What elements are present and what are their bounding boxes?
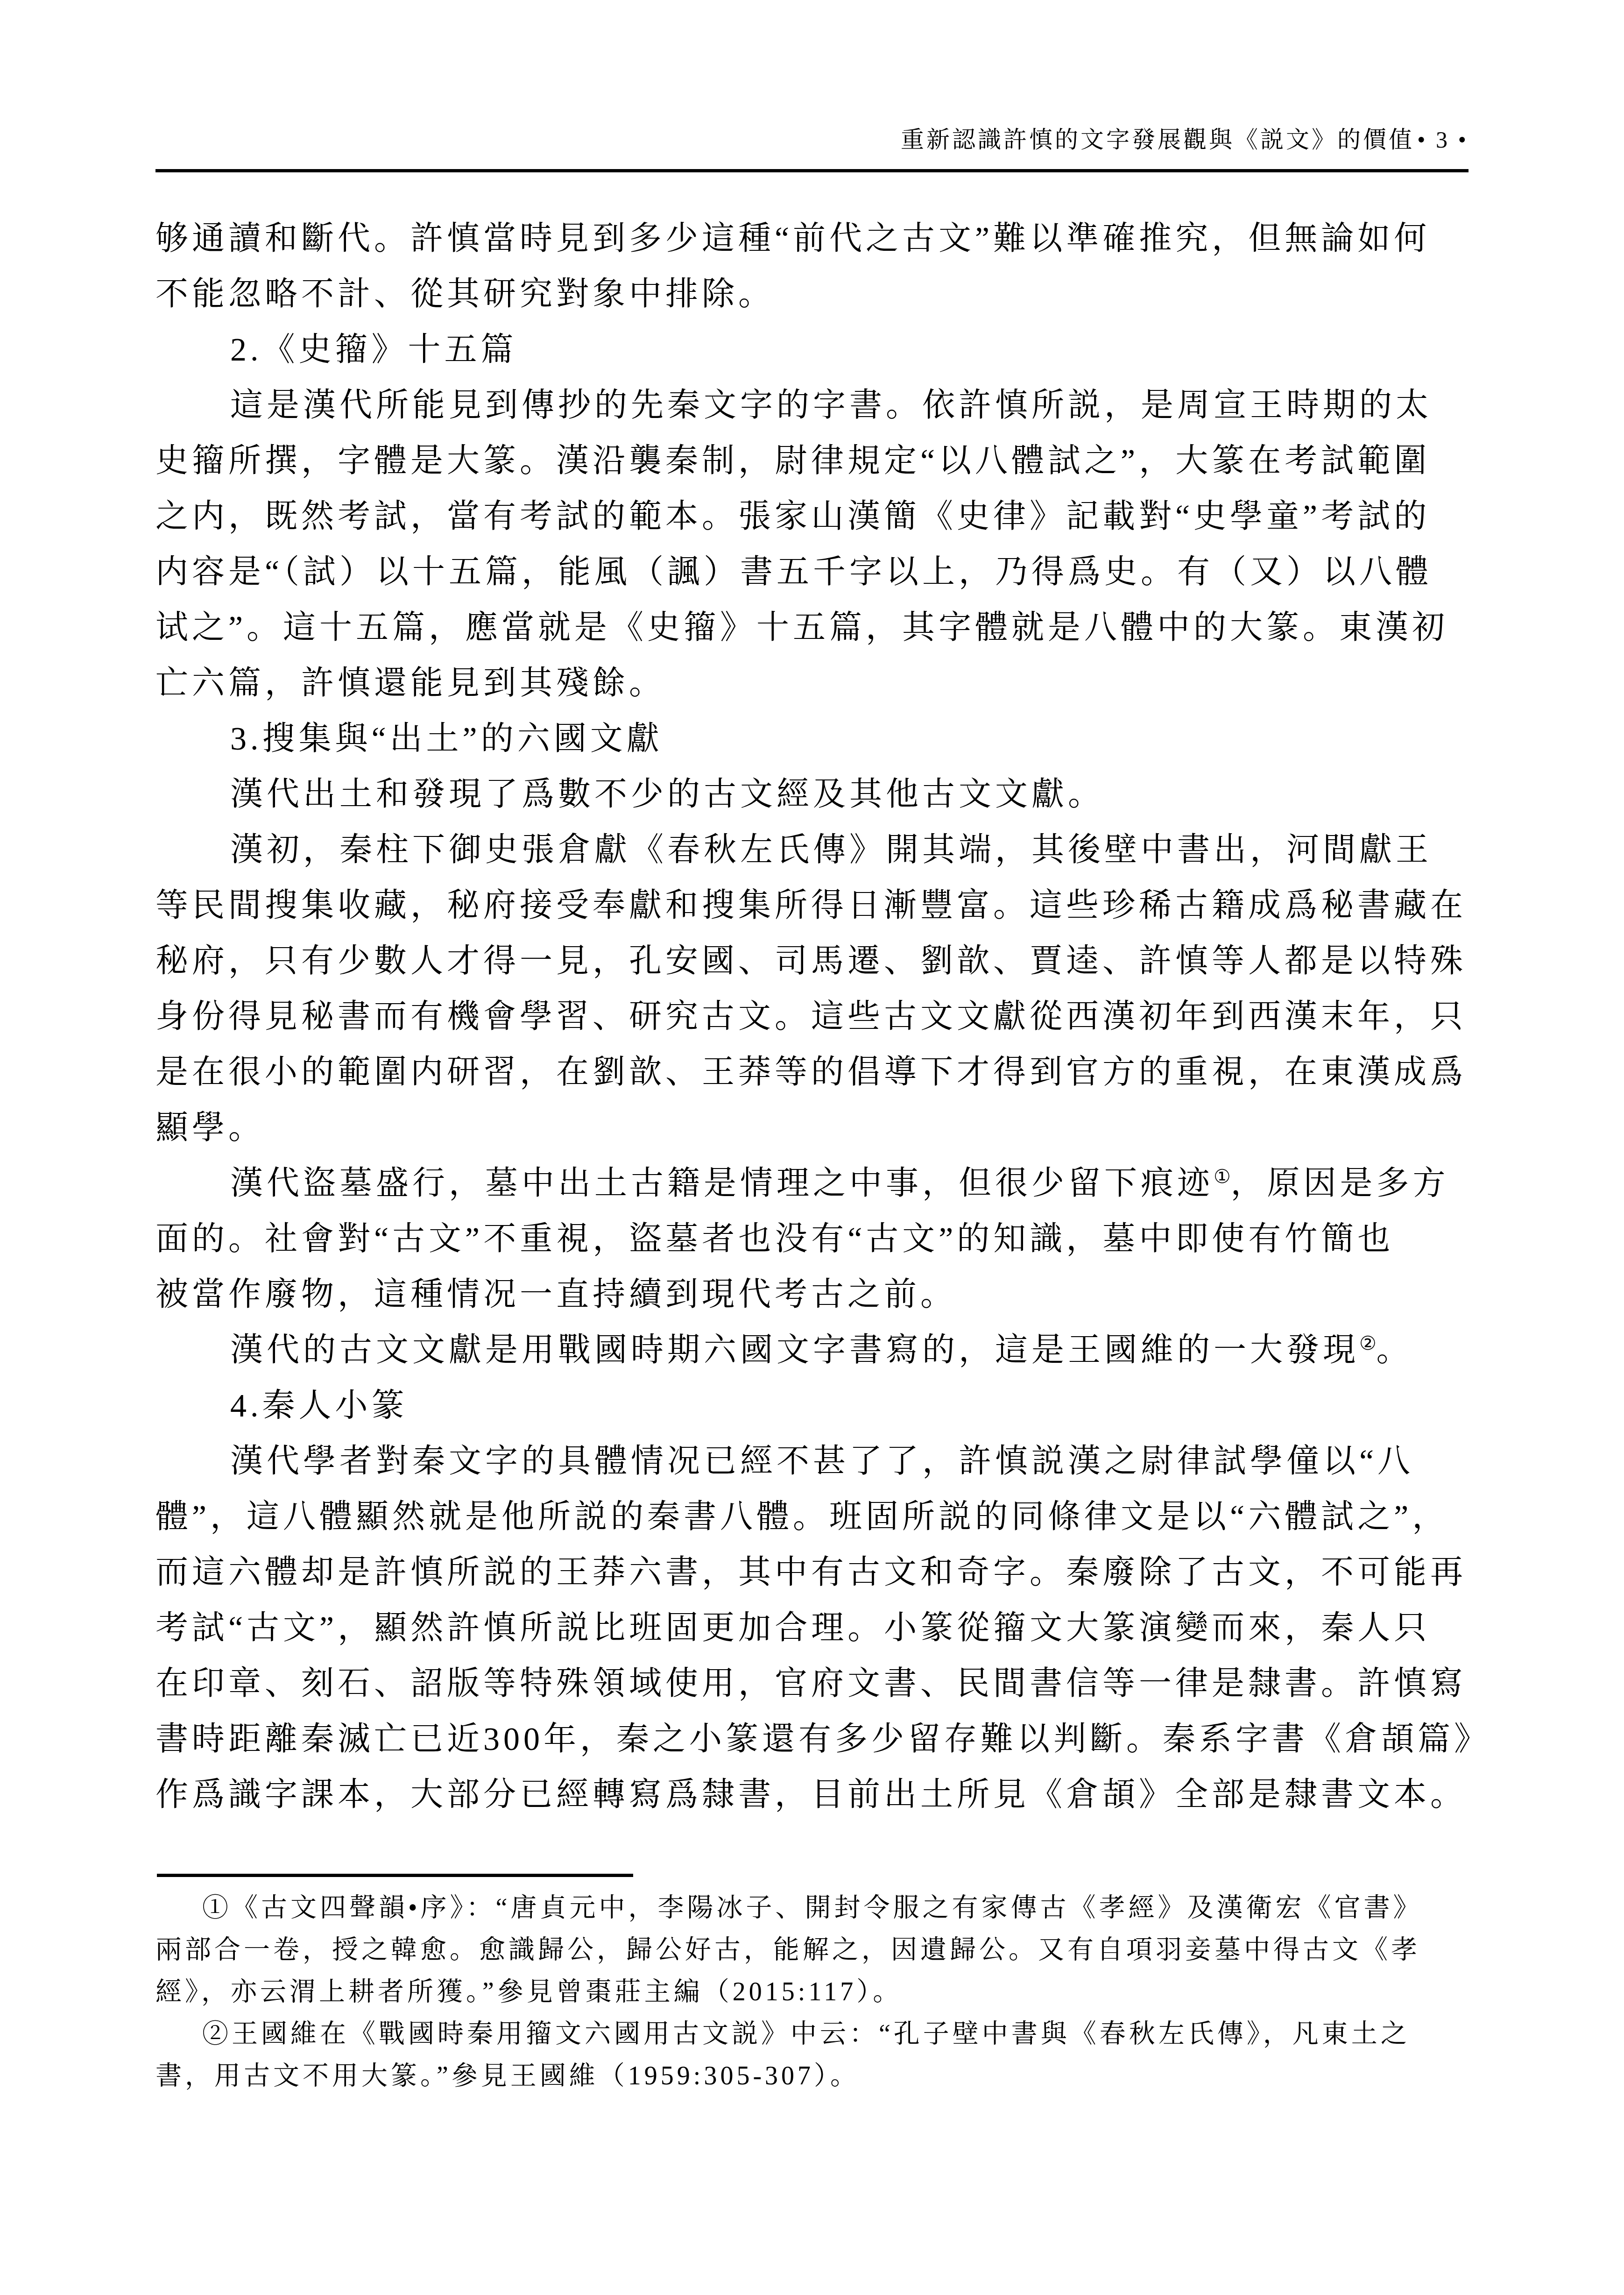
footnote-line: ①《古文四聲韻•序》：“唐貞元中，李陽冰子、開封令服之有家傳古《孝經》及漢衛宏《…	[155, 1887, 1469, 1929]
footnote-line: ②王國維在《戰國時秦用籀文六國用古文説》中云：“孔子壁中書與《春秋左氏傳》，凡東…	[155, 2013, 1469, 2055]
page: 重新認識許慎的文字發展觀與《説文》的價值• 3 • 够通讀和斷代。許慎當時見到多…	[0, 0, 1624, 2295]
running-head: 重新認識許慎的文字發展觀與《説文》的價值• 3 •	[155, 124, 1469, 155]
body-line: 這是漢代所能見到傳抄的先秦文字的字書。依許慎所説，是周宣王時期的太	[155, 378, 1469, 433]
running-head-title: 重新認識許慎的文字發展觀與《説文》的價值	[901, 127, 1414, 153]
body-line: 够通讀和斷代。許慎當時見到多少這種“前代之古文”難以準確推究，但無論如何	[155, 211, 1469, 267]
body-line: 漢初，秦柱下御史張倉獻《春秋左氏傳》開其端，其後壁中書出，河間獻王	[155, 822, 1469, 878]
body-line: 身份得見秘書而有機會學習、研究古文。這些古文文獻從西漢初年到西漢末年，只	[155, 989, 1469, 1045]
header-rule	[155, 169, 1469, 172]
footnote-line: 兩部合一卷，授之韓愈。愈識歸公，歸公好古，能解之，因遺歸公。又有自項羽妾墓中得古…	[155, 1929, 1469, 1971]
footnote-ref: ②	[1359, 1333, 1376, 1354]
footnotes: ①《古文四聲韻•序》：“唐貞元中，李陽冰子、開封令服之有家傳古《孝經》及漢衛宏《…	[155, 1887, 1469, 2097]
body-line: 而這六體却是許慎所説的王莽六書，其中有古文和奇字。秦廢除了古文，不可能再	[155, 1545, 1469, 1601]
body-line: 内容是“（試）以十五篇，能風（諷）書五千字以上，乃得爲史。有（又）以八體	[155, 545, 1469, 600]
body-line: 亡六篇，許慎還能見到其殘餘。	[155, 656, 1469, 711]
body-line: 考試“古文”，顯然許慎所説比班固更加合理。小篆從籀文大篆演變而來，秦人只	[155, 1601, 1469, 1656]
footnote-separator	[157, 1874, 633, 1877]
body-line: 等民間搜集收藏，秘府接受奉獻和搜集所得日漸豐富。這些珍稀古籍成爲秘書藏在	[155, 878, 1469, 934]
body-line: 面的。社會對“古文”不重視，盜墓者也没有“古文”的知識，墓中即使有竹簡也	[155, 1211, 1469, 1267]
footnote-line: 書，用古文不用大篆。”參見王國維（1959:305-307）。	[155, 2055, 1469, 2097]
body-line: 4.秦人小篆	[155, 1378, 1469, 1434]
body-line: 書時距離秦滅亡已近300年，秦之小篆還有多少留存難以判斷。秦系字書《倉頡篇》	[155, 1712, 1469, 1767]
body-line: 體”，這八體顯然就是他所説的秦書八體。班固所説的同條律文是以“六體試之”，	[155, 1489, 1469, 1545]
body-line: 在印章、刻石、詔版等特殊領域使用，官府文書、民間書信等一律是隸書。許慎寫	[155, 1656, 1469, 1712]
body-line: 之内，既然考試，當有考試的範本。張家山漢簡《史律》記載對“史學童”考試的	[155, 489, 1469, 545]
body-line: 是在很小的範圍内研習，在劉歆、王莽等的倡導下才得到官方的重視，在東漢成爲	[155, 1045, 1469, 1100]
body-line: 不能忽略不計、從其研究對象中排除。	[155, 267, 1469, 322]
body-line: 被當作廢物，這種情况一直持續到現代考古之前。	[155, 1267, 1469, 1323]
body-line: 漢代盜墓盛行，墓中出土古籍是情理之中事，但很少留下痕迹①，原因是多方	[155, 1156, 1469, 1211]
body-line: 2.《史籀》十五篇	[155, 322, 1469, 378]
body-line: 顯學。	[155, 1100, 1469, 1156]
running-head-page-number: • 3 •	[1417, 127, 1469, 153]
body-line: 3.搜集與“出土”的六國文獻	[155, 711, 1469, 767]
body-line: 作爲識字課本，大部分已經轉寫爲隸書，目前出土所見《倉頡》全部是隸書文本。	[155, 1767, 1469, 1823]
body-line: 漢代出土和發現了爲數不少的古文經及其他古文文獻。	[155, 767, 1469, 822]
footnote-ref: ①	[1214, 1166, 1230, 1187]
body-line: 史籀所撰，字體是大篆。漢沿襲秦制，尉律規定“以八體試之”，大篆在考試範圍	[155, 433, 1469, 489]
body-text: 够通讀和斷代。許慎當時見到多少這種“前代之古文”難以準確推究，但無論如何不能忽略…	[155, 211, 1469, 1823]
body-line: 漢代的古文文獻是用戰國時期六國文字書寫的，這是王國維的一大發現②。	[155, 1323, 1469, 1378]
body-line: 试之”。這十五篇，應當就是《史籀》十五篇，其字體就是八體中的大篆。東漢初	[155, 600, 1469, 656]
body-line: 漢代學者對秦文字的具體情况已經不甚了了，許慎説漢之尉律試學僮以“八	[155, 1434, 1469, 1489]
body-line: 秘府，只有少數人才得一見，孔安國、司馬遷、劉歆、賈逵、許慎等人都是以特殊	[155, 934, 1469, 989]
footnote-line: 經》，亦云渭上耕者所獲。”參見曾棗莊主編（2015:117）。	[155, 1971, 1469, 2013]
